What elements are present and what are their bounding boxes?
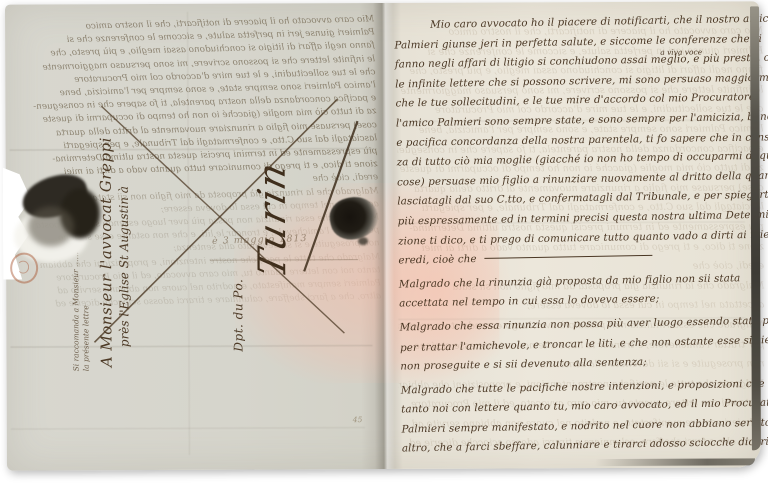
letter-body: Mio caro avvocato ho il piacere di notif… <box>394 10 768 460</box>
red-spiral-stamp <box>10 253 38 284</box>
letter-scan: Mio caro avvocato ho il piacere di notif… <box>5 1 761 470</box>
paper-hole-shadow <box>28 206 74 246</box>
page-edge-dark <box>595 458 755 466</box>
pencil-mark: 45 <box>353 415 363 424</box>
scanned-letter-page: { "document": { "kind": "Scanned two-pag… <box>0 0 768 485</box>
interline-insertion: a viva voce <box>660 48 702 57</box>
ink-smudge <box>358 237 368 245</box>
